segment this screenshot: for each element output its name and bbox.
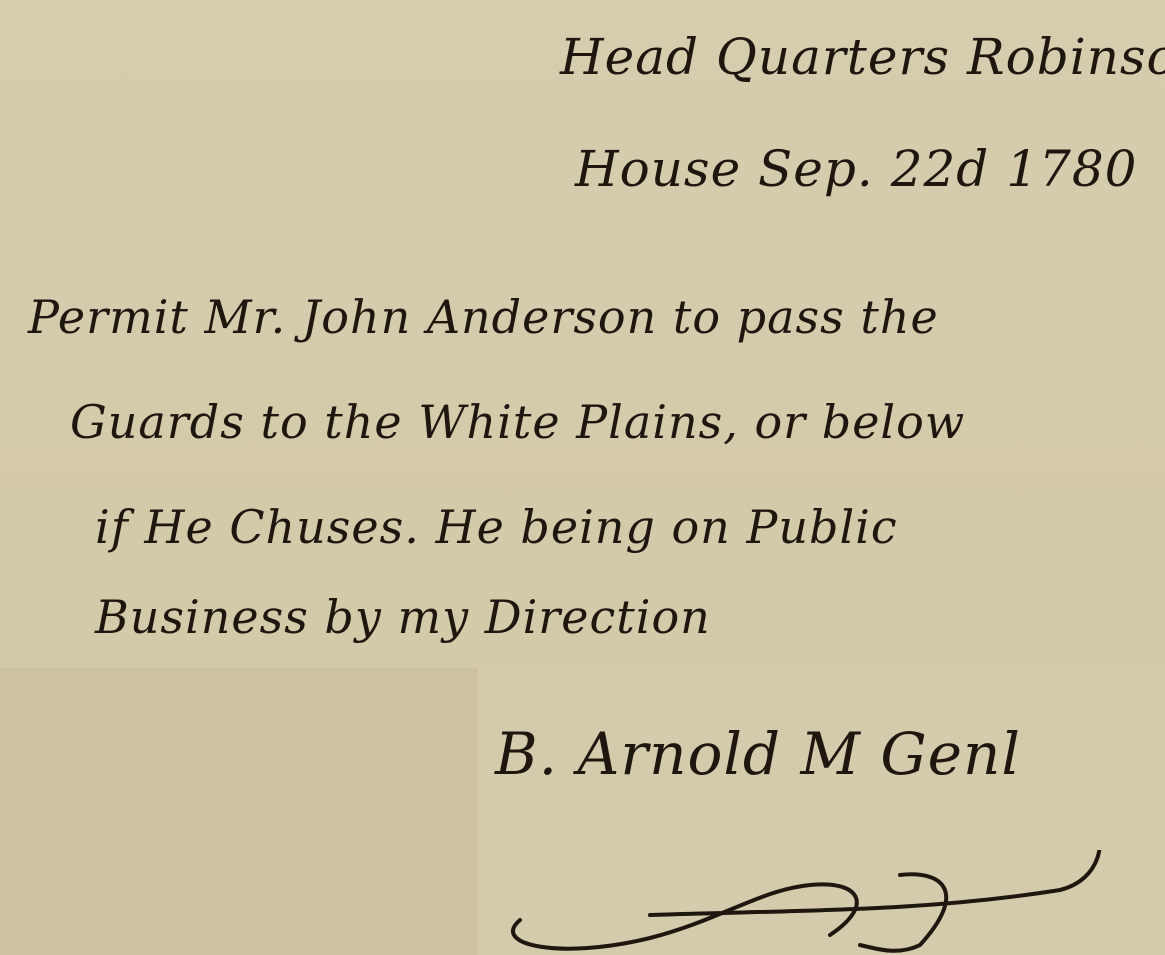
paper-patch-lower-left — [0, 668, 478, 955]
body-line-2: Guards to the White Plains, or below — [70, 395, 965, 449]
document-page: Head Quarters Robinson House Sep. 22d 17… — [0, 0, 1165, 955]
body-line-3: if He Chuses. He being on Public — [95, 500, 898, 554]
signature-flourish-icon — [500, 850, 1120, 955]
signature: B. Arnold M Genl — [495, 720, 1021, 788]
heading-location: Head Quarters Robinson — [560, 28, 1165, 86]
body-line-1: Permit Mr. John Anderson to pass the — [28, 290, 939, 344]
body-line-4: Business by my Direction — [95, 590, 711, 644]
heading-date: House Sep. 22d 1780 — [575, 140, 1137, 198]
